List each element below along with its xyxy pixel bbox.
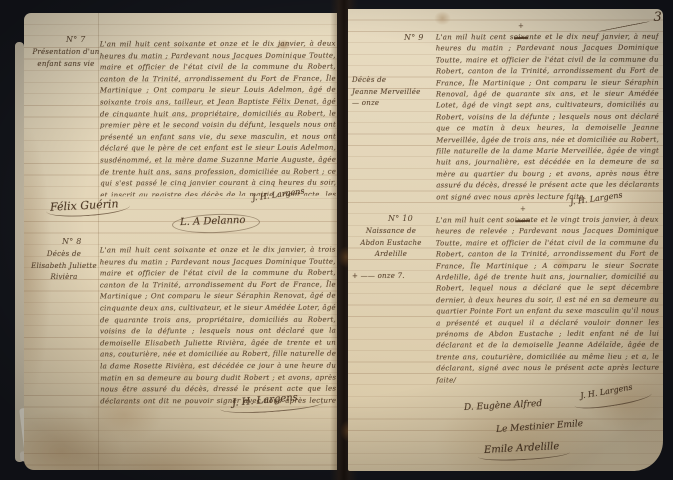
entry-number: N° 10 [388, 214, 413, 223]
margin-annotation: Naissance de Abdon Eustache Ardelille [348, 226, 434, 261]
margin-annotation: Présentation d'un enfant sans vie [28, 47, 104, 70]
folio-number: 3 [653, 10, 662, 25]
margin-annotation: + —— onze 7. [348, 271, 438, 283]
register-scan-background: N° 7 Présentation d'un enfant sans vie L… [0, 0, 673, 480]
pen-flourish [598, 21, 649, 32]
insertion-caret: + [518, 22, 524, 30]
act-text: L'an mil huit cent soixante et onze et l… [100, 39, 337, 197]
act-text: L'an mil huit cent soixante et le vingt … [436, 215, 660, 388]
signature: Le Mestinier Emile [496, 419, 584, 435]
entry-number: N° 7 [66, 35, 86, 44]
folio-number-block: 3 [598, 10, 668, 40]
left-page: N° 7 Présentation d'un enfant sans vie L… [24, 13, 337, 470]
act-text: L'an mil huit cent soixante et onze et l… [100, 245, 337, 407]
margin-annotation: Décès de Jeanne Merveillée — onze [348, 75, 436, 110]
signature: L. A Delanno [180, 215, 246, 228]
insertion-caret: + [520, 205, 526, 213]
entry-number: N° 8 [62, 237, 82, 246]
paper-edge [15, 42, 24, 462]
act-text: L'an mil huit cent soixante et le dix ne… [436, 32, 660, 205]
margin-annotation: Décès de Elisabeth Juliette Rivièra [24, 249, 104, 284]
page-crease [98, 13, 99, 470]
right-page: N° 9 Décès de Jeanne Merveillée — onze L… [348, 9, 663, 471]
signature: D. Eugène Alfred [464, 399, 543, 413]
entry-number: N° 9 [404, 33, 424, 42]
